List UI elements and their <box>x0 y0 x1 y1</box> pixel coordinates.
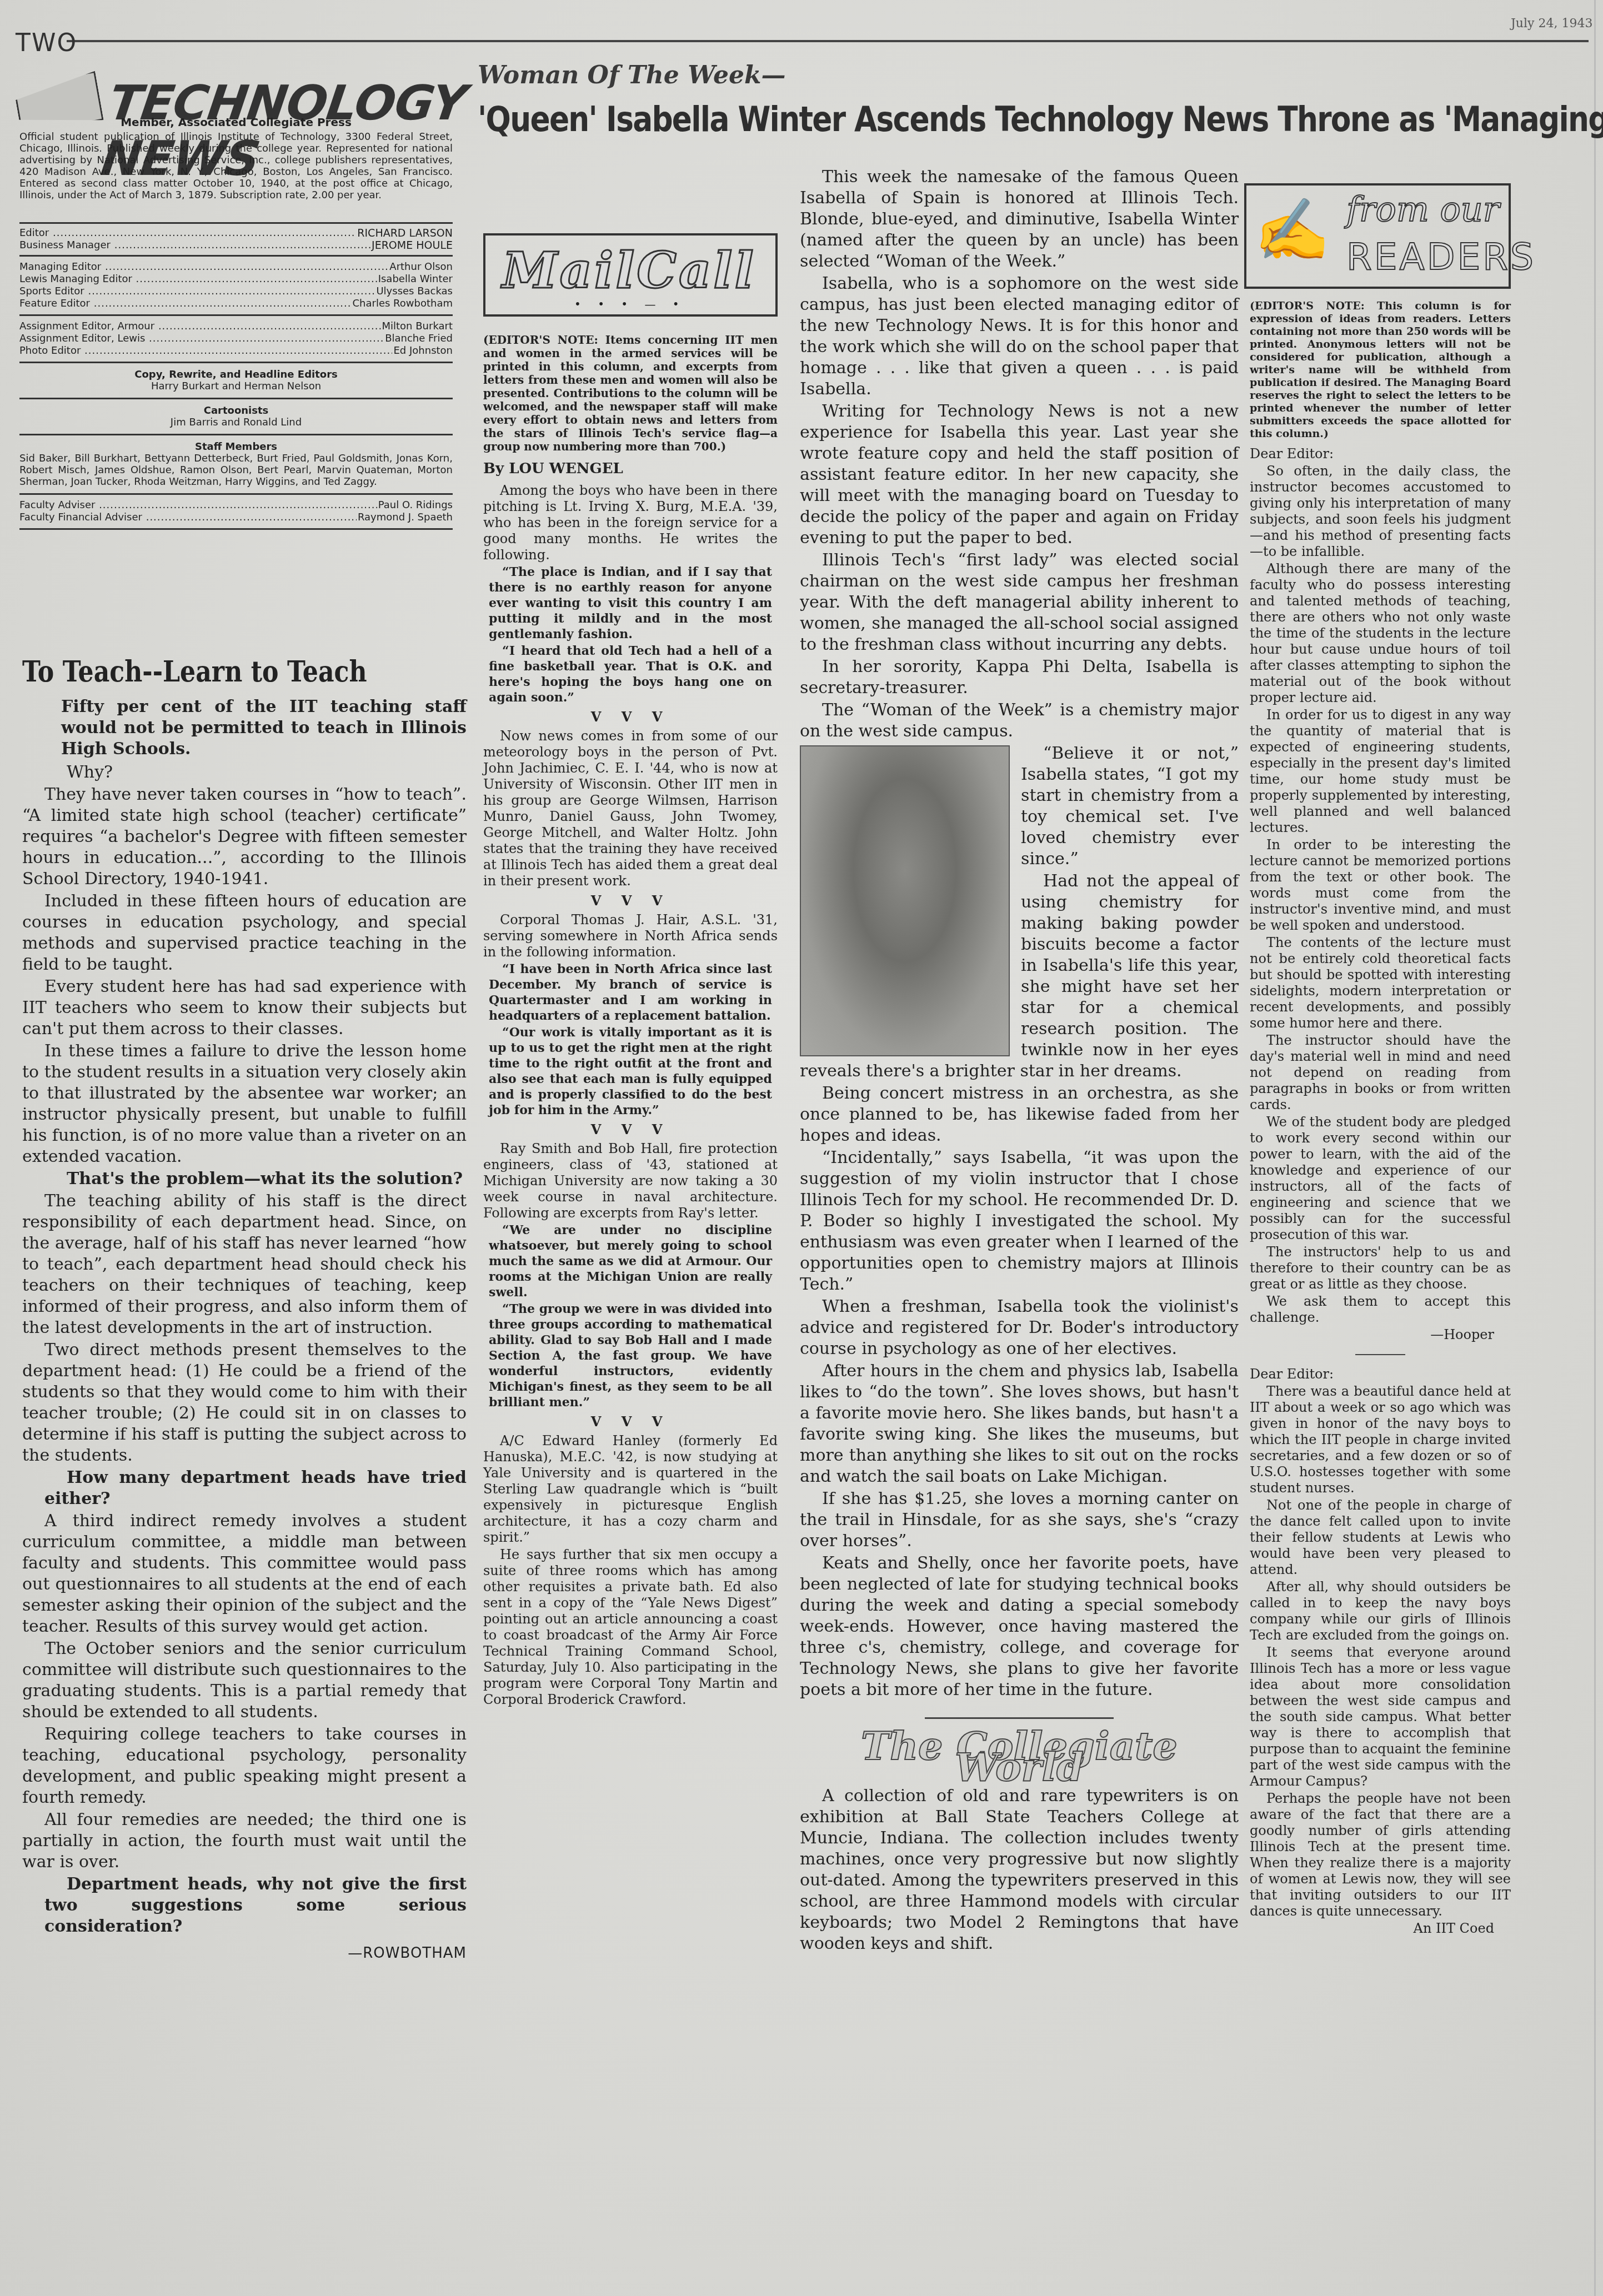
publication-info: Official student publication of Illinois… <box>19 131 453 201</box>
section-separator: V V V <box>483 1413 778 1430</box>
paragraph: It seems that everyone around Illinois T… <box>1250 1645 1511 1789</box>
paragraph: This week the namesake of the famous Que… <box>800 167 1239 272</box>
editorial-subhead: That's the problem—what its the solution… <box>22 1169 467 1190</box>
letter-body: There was a beautiful dance held at IIT … <box>1250 1383 1511 1919</box>
paragraph: Among the boys who have been in there pi… <box>483 483 778 563</box>
quill-hand-icon: ✍ <box>1254 197 1330 263</box>
staff-name: RICHARD LARSON <box>356 227 453 239</box>
paragraph: So often, in the daily class, the instru… <box>1250 463 1511 560</box>
mail-call-editors-note: (EDITOR'S NOTE: Items concerning IIT men… <box>483 333 778 453</box>
advisers-list: Faculty AdviserPaul O. Ridings Faculty F… <box>19 495 453 528</box>
letter-quote: “Our work is vitally important as it is … <box>489 1025 772 1118</box>
role-label: Business Manager <box>19 239 370 252</box>
editorial-article: To Teach--Learn to Teach Fifty per cent … <box>22 655 467 1964</box>
quote-block: “The place is Indian, and if I say that … <box>483 564 778 642</box>
section-separator: V V V <box>483 1121 778 1137</box>
staff-name: Milton Burkart <box>381 320 453 333</box>
paragraph: There was a beautiful dance held at IIT … <box>1250 1383 1511 1496</box>
mail-call-title: MailCall <box>502 241 756 300</box>
byline: By LOU WENGEL <box>483 461 778 477</box>
role-label: Lewis Managing Editor <box>19 273 377 285</box>
paragraph: He says further that six men occupy a su… <box>483 1547 778 1708</box>
paragraph: The teaching ability of his staff is the… <box>22 1191 467 1339</box>
staff-row: Sports EditorUlysses Backas <box>19 285 453 298</box>
paragraph: All four remedies are needed; the third … <box>22 1809 467 1873</box>
assignment-list: Assignment Editor, ArmourMilton Burkart … <box>19 316 453 362</box>
readers-column: (EDITOR'S NOTE: This column is for expre… <box>1250 300 1511 1938</box>
role-label: Managing Editor <box>19 261 388 273</box>
paragraph: A third indirect remedy involves a stude… <box>22 1511 467 1637</box>
staff-members: Staff Members Sid Baker, Bill Burkhart, … <box>19 435 453 493</box>
paragraph: When a freshman, Isabella took the violi… <box>800 1296 1239 1360</box>
divider <box>1355 1354 1405 1355</box>
paragraph: The October seniors and the senior curri… <box>22 1638 467 1723</box>
page-number: TWO <box>16 29 77 57</box>
salutation: Dear Editor: <box>1250 1366 1511 1382</box>
paragraph: Being concert mistress in an orchestra, … <box>800 1083 1239 1146</box>
cartoonists-heading: Cartoonists <box>19 405 453 417</box>
staff-name: Paul O. Ridings <box>377 499 453 512</box>
paragraph: The instructors' help to us and therefor… <box>1250 1244 1511 1292</box>
paragraph: Two direct methods present themselves to… <box>22 1340 467 1466</box>
paragraph: After hours in the chem and physics lab,… <box>800 1361 1239 1487</box>
staff-row: Faculty AdviserPaul O. Ridings <box>19 499 453 512</box>
paragraph: Not one of the people in charge of the d… <box>1250 1497 1511 1578</box>
staff-name: Ed Johnston <box>392 345 453 357</box>
member-line: Member, Associated Collegiate Press <box>22 117 450 128</box>
quote-block: “I have been in North Africa since last … <box>483 961 778 1024</box>
newspaper-page: TWO July 24, 1943 TECHNOLOGY NEWS Member… <box>0 0 1603 2296</box>
paragraph: They have never taken courses in “how to… <box>22 784 467 890</box>
issue-date: July 24, 1943 <box>1511 17 1592 31</box>
role-label: Assignment Editor, Armour <box>19 320 381 333</box>
cartoonists: Cartoonists Jim Barris and Ronald Lind <box>19 399 453 434</box>
editorial-signature: —ROWBOTHAM <box>22 1943 467 1964</box>
paragraph: Requiring college teachers to take cours… <box>22 1724 467 1808</box>
paragraph: Keats and Shelly, once her favorite poet… <box>800 1553 1239 1701</box>
role-label: Photo Editor <box>19 345 392 357</box>
paragraph: We ask them to accept this challenge. <box>1250 1294 1511 1326</box>
mail-call-banner: MailCall • • • — • <box>483 233 778 317</box>
staff-row: Business ManagerJEROME HOULE <box>19 239 453 252</box>
editorial-subhead: How many department heads have tried eit… <box>22 1467 467 1510</box>
paragraph: Writing for Technology News is not a new… <box>800 401 1239 549</box>
staff-name: Ulysses Backas <box>375 285 453 298</box>
role-label: Feature Editor <box>19 298 352 310</box>
copy-names: Harry Burkart and Herman Nelson <box>19 380 453 392</box>
staff-row: Lewis Managing EditorIsabella Winter <box>19 273 453 285</box>
paragraph: “Incidentally,” says Isabella, “it was u… <box>800 1147 1239 1295</box>
paragraph: Isabella, who is a sophomore on the west… <box>800 273 1239 400</box>
staff-row: Managing EditorArthur Olson <box>19 261 453 273</box>
staff-name: Arthur Olson <box>388 261 453 273</box>
paragraph: Illinois Tech's “first lady” was elected… <box>800 550 1239 655</box>
section-separator: V V V <box>483 893 778 909</box>
divider <box>925 1717 1114 1719</box>
readers-banner-from: from our <box>1346 189 1499 229</box>
letter-quote: “The place is Indian, and if I say that … <box>489 564 772 642</box>
staff-box: EditorRICHARD LARSON Business ManagerJER… <box>19 222 453 530</box>
staff-row: Assignment Editor, LewisBlanche Fried <box>19 333 453 345</box>
role-label: Sports Editor <box>19 285 375 298</box>
readers-editors-note: (EDITOR'S NOTE: This column is for expre… <box>1250 300 1511 440</box>
collegiate-world-text: A collection of old and rare typewriters… <box>800 1786 1239 1954</box>
staff-name: Charles Rowbotham <box>352 298 453 310</box>
readers-banner-title: READERS <box>1346 235 1536 278</box>
quote-block: “We are under no discipline whatsoever, … <box>483 1222 778 1300</box>
letter-quote: “I have been in North Africa since last … <box>489 961 772 1024</box>
letter-quote: “I heard that old Tech had a hell of a f… <box>489 643 772 705</box>
cartoonists-names: Jim Barris and Ronald Lind <box>19 417 453 428</box>
copy-heading: Copy, Rewrite, and Headline Editors <box>19 369 453 380</box>
paragraph: Corporal Thomas J. Hair, A.S.L. '31, ser… <box>483 912 778 960</box>
paragraph: Included in these fifteen hours of educa… <box>22 891 467 975</box>
staff-row: Photo EditorEd Johnston <box>19 345 453 357</box>
staff-name: Blanche Fried <box>384 333 453 345</box>
woman-of-week-kicker: Woman Of The Week— <box>478 61 785 89</box>
paragraph: Every student here has had sad experienc… <box>22 976 467 1040</box>
top-rule <box>67 40 1589 42</box>
isabella-winter-photo <box>800 745 1010 1056</box>
mail-call-column: (EDITOR'S NOTE: Items concerning IIT men… <box>483 333 778 1709</box>
staff-heading: Staff Members <box>19 441 453 453</box>
quote-block: “I heard that old Tech had a hell of a f… <box>483 643 778 705</box>
role-label: Assignment Editor, Lewis <box>19 333 384 345</box>
staff-name: Isabella Winter <box>377 273 453 285</box>
editorial-why: Why? <box>22 762 467 783</box>
staff-names: Sid Baker, Bill Burkhart, Bettyann Dette… <box>19 453 453 488</box>
collegiate-world-title: The Collegiate World <box>800 1736 1239 1778</box>
mail-call-body: Among the boys who have been in there pi… <box>483 483 778 1708</box>
divider <box>19 528 453 530</box>
editors-list: Managing EditorArthur Olson Lewis Managi… <box>19 257 453 314</box>
role-label: Faculty Adviser <box>19 499 377 512</box>
paragraph: We of the student body are pledged to wo… <box>1250 1114 1511 1243</box>
readers-banner: ✍ from our READERS <box>1244 183 1511 289</box>
staff-row: EditorRICHARD LARSON <box>19 227 453 239</box>
feature-article: This week the namesake of the famous Que… <box>800 167 1239 1956</box>
top-staff: EditorRICHARD LARSON Business ManagerJER… <box>19 224 453 255</box>
section-separator: V V V <box>483 709 778 725</box>
letter-quote: “The group we were in was divided into t… <box>489 1301 772 1410</box>
salutation: Dear Editor: <box>1250 446 1511 462</box>
letter-body: So often, in the daily class, the instru… <box>1250 463 1511 1326</box>
paragraph: The “Woman of the Week” is a chemistry m… <box>800 700 1239 742</box>
paragraph: Now news comes in from some of our meteo… <box>483 728 778 889</box>
paragraph: If she has $1.25, she loves a morning ca… <box>800 1488 1239 1552</box>
staff-row: Faculty Financial AdviserRaymond J. Spae… <box>19 512 453 524</box>
paragraph: Ray Smith and Bob Hall, fire protection … <box>483 1141 778 1221</box>
paragraph: A/C Edward Hanley (formerly Ed Hanuska),… <box>483 1433 778 1546</box>
paragraph: The contents of the lecture must not be … <box>1250 935 1511 1031</box>
editorial-deck: Fifty per cent of the IIT teaching staff… <box>22 696 467 760</box>
quote-block: “Our work is vitally important as it is … <box>483 1025 778 1118</box>
paragraph: In these times a failure to drive the le… <box>22 1041 467 1167</box>
staff-name: JEROME HOULE <box>370 239 453 252</box>
letter-quote: “We are under no discipline whatsoever, … <box>489 1222 772 1300</box>
letter-signature: —Hooper <box>1250 1327 1511 1343</box>
morse-dots-icon: • • • — • <box>574 298 686 311</box>
paragraph: Although there are many of the faculty w… <box>1250 561 1511 706</box>
staff-row: Feature EditorCharles Rowbotham <box>19 298 453 310</box>
main-headline: 'Queen' Isabella Winter Ascends Technolo… <box>478 99 1438 139</box>
staff-row: Assignment Editor, ArmourMilton Burkart <box>19 320 453 333</box>
editorial-closing: Department heads, why not give the first… <box>22 1874 467 1937</box>
paragraph: The instructor should have the day's mat… <box>1250 1032 1511 1113</box>
role-label: Editor <box>19 227 356 239</box>
role-label: Faculty Financial Adviser <box>19 512 357 524</box>
paragraph: In order to be interesting the lecture c… <box>1250 837 1511 934</box>
letter-signature: An IIT Coed <box>1250 1921 1511 1937</box>
copy-editors: Copy, Rewrite, and Headline Editors Harr… <box>19 363 453 398</box>
paragraph: Perhaps the people have not been aware o… <box>1250 1791 1511 1919</box>
editorial-title: To Teach--Learn to Teach <box>22 655 400 689</box>
paragraph: In her sorority, Kappa Phi Delta, Isabel… <box>800 656 1239 699</box>
paragraph: After all, why should outsiders be calle… <box>1250 1579 1511 1643</box>
paragraph: In order for us to digest in any way the… <box>1250 707 1511 836</box>
quote-block: “The group we were in was divided into t… <box>483 1301 778 1410</box>
staff-name: Raymond J. Spaeth <box>357 512 453 524</box>
page-edge <box>1594 0 1596 2296</box>
